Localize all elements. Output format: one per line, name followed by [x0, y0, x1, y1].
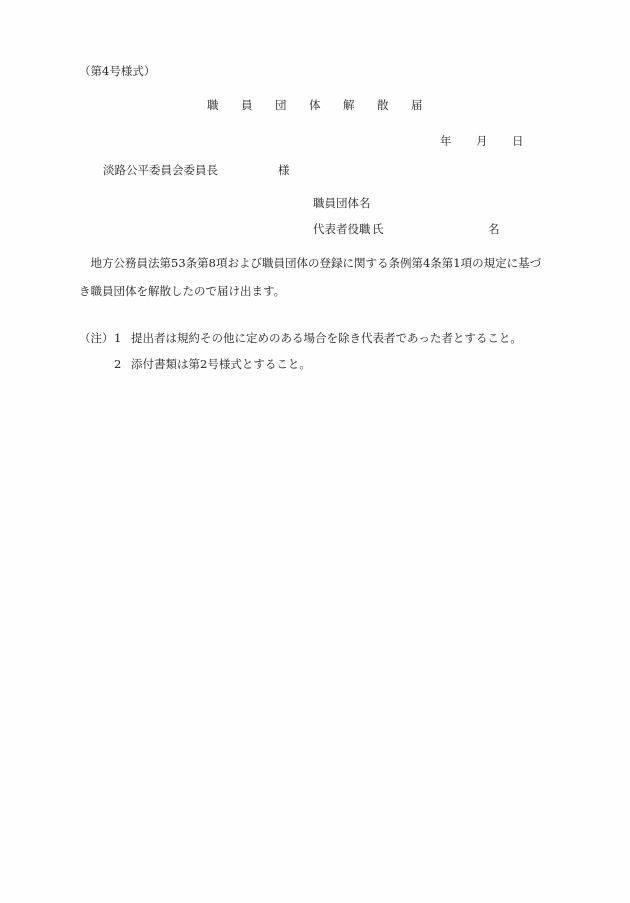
title-char: 職 — [207, 100, 241, 112]
title-char: 団 — [275, 100, 309, 112]
document-title: 職 員 団 体 解 散 届 — [207, 100, 445, 112]
note-text: 添付書類は第2号様式とすること。 — [131, 359, 311, 371]
name-shi: 氏 — [372, 224, 384, 236]
date-line: 年 月 日 — [440, 136, 524, 148]
form-number: （第4号様式） — [79, 66, 155, 78]
title-char: 員 — [241, 100, 275, 112]
note-number: 2 — [114, 359, 121, 371]
title-char: 散 — [377, 100, 411, 112]
title-char: 解 — [343, 100, 377, 112]
title-char: 体 — [309, 100, 343, 112]
date-day: 日 — [512, 136, 524, 148]
body-text-line-2: き職員団体を解散したので届け出ます。 — [79, 286, 285, 298]
note-text: 提出者は規約その他に定めのある場合を除き代表者であった者とすること。 — [131, 333, 522, 345]
name-mei: 名 — [488, 224, 500, 236]
organization-name-label: 職員団体名 — [313, 198, 371, 210]
note-number: 1 — [114, 333, 121, 345]
addressee: 淡路公平委員会委員長 — [103, 165, 218, 177]
date-year: 年 — [440, 136, 476, 148]
title-char: 届 — [411, 100, 445, 112]
date-month: 月 — [476, 136, 512, 148]
honorific: 様 — [278, 165, 290, 177]
body-text-line-1: 地方公務員法第53条第8項および職員団体の登録に関する条例第4条第1項の規定に基… — [79, 258, 541, 270]
representative-label: 代表者役職 — [313, 224, 371, 236]
notes-label: （注） — [79, 333, 114, 345]
